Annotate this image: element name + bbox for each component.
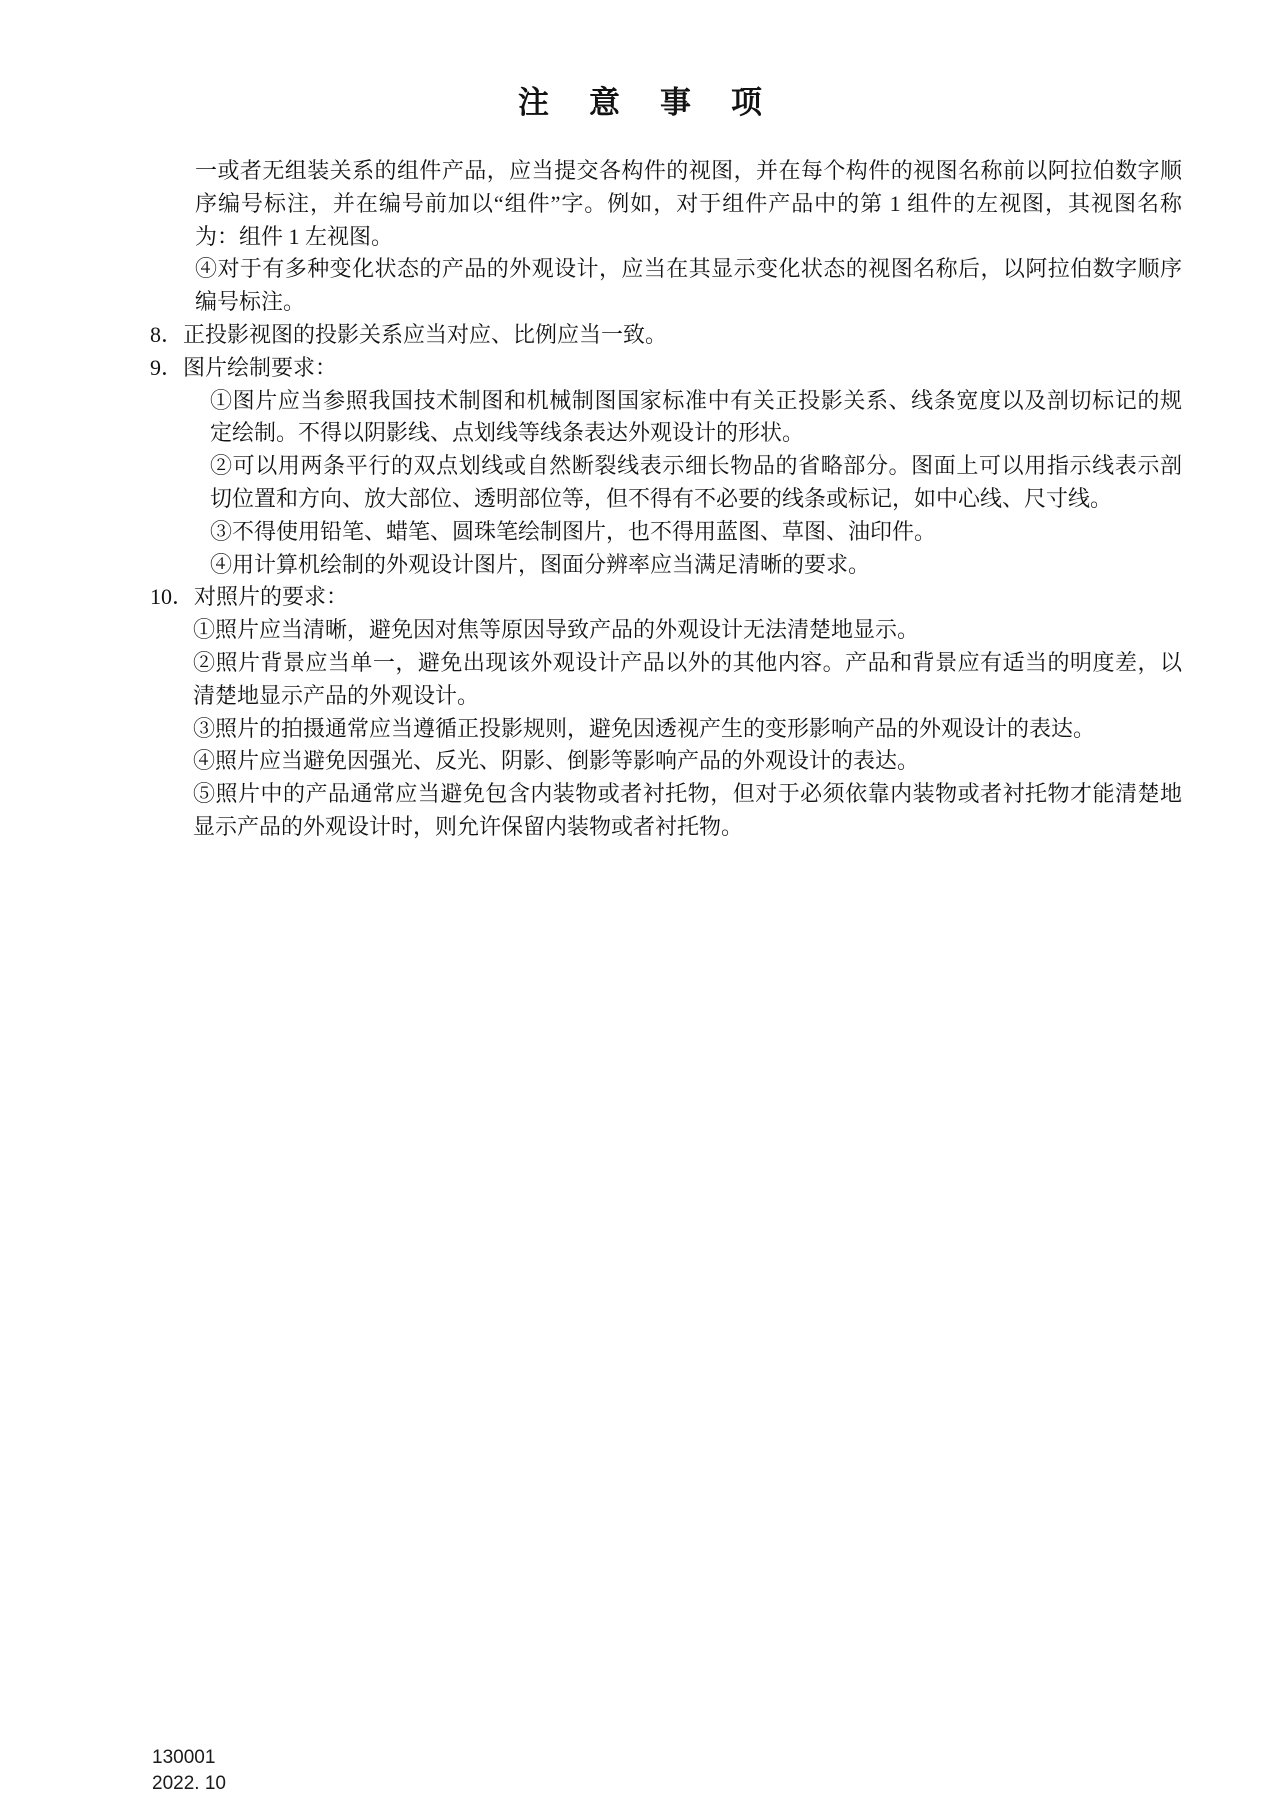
text-line: 清楚地显示产品的外观设计。 [193, 680, 1182, 713]
numbered-item-8: 8．正投影视图的投影关系应当对应、比例应当一致。 [150, 319, 1182, 352]
page-title-text: 注意事项 [518, 85, 802, 120]
text-line: 序编号标注，并在编号前加以“组件”字。例如，对于组件产品中的第 1 组件的左视图… [195, 188, 1182, 221]
text-line: ③不得使用铅笔、蜡笔、圆珠笔绘制图片，也不得用蓝图、草图、油印件。 [210, 516, 1182, 549]
text-line: 一或者无组装关系的组件产品，应当提交各构件的视图，并在每个构件的视图名称前以阿拉… [195, 155, 1182, 188]
text-line: 为：组件 1 左视图。 [195, 221, 1182, 254]
text-line: 切位置和方向、放大部位、透明部位等，但不得有不必要的线条或标记，如中心线、尺寸线… [210, 483, 1182, 516]
page-footer: 130001 2022. 10 [152, 1745, 226, 1796]
text-line: ①图片应当参照我国技术制图和机械制图国家标准中有关正投影关系、线条宽度以及剖切标… [210, 385, 1182, 418]
numbered-item-10: 10．对照片的要求： [150, 581, 1182, 614]
document-body: 一或者无组装关系的组件产品，应当提交各构件的视图，并在每个构件的视图名称前以阿拉… [0, 155, 1280, 844]
text-line: 显示产品的外观设计时，则允许保留内装物或者衬托物。 [193, 811, 1182, 844]
text-line: 编号标注。 [195, 286, 1182, 319]
text-line: ④照片应当避免因强光、反光、阴影、倒影等影响产品的外观设计的表达。 [193, 745, 1182, 778]
numbered-item-9: 9．图片绘制要求： [150, 352, 1182, 385]
text-line: ⑤照片中的产品通常应当避免包含内装物或者衬托物，但对于必须依靠内装物或者衬托物才… [193, 778, 1182, 811]
text-line: ②可以用两条平行的双点划线或自然断裂线表示细长物品的省略部分。图面上可以用指示线… [210, 450, 1182, 483]
form-code: 130001 [152, 1745, 226, 1771]
text-line: ④对于有多种变化状态的产品的外观设计，应当在其显示变化状态的视图名称后，以阿拉伯… [195, 253, 1182, 286]
text-line: ③照片的拍摄通常应当遵循正投影规则，避免因透视产生的变形影响产品的外观设计的表达… [193, 713, 1182, 746]
text-line: ②照片背景应当单一，避免出现该外观设计产品以外的其他内容。产品和背景应有适当的明… [193, 647, 1182, 680]
document-page: 注意事项 一或者无组装关系的组件产品，应当提交各构件的视图，并在每个构件的视图名… [0, 0, 1280, 1810]
form-date: 2022. 10 [152, 1771, 226, 1797]
text-line: 定绘制。不得以阴影线、点划线等线条表达外观设计的形状。 [210, 417, 1182, 450]
text-line: ④用计算机绘制的外观设计图片，图面分辨率应当满足清晰的要求。 [210, 549, 1182, 582]
page-title: 注意事项 [0, 86, 1280, 120]
text-line: ①照片应当清晰，避免因对焦等原因导致产品的外观设计无法清楚地显示。 [193, 614, 1182, 647]
